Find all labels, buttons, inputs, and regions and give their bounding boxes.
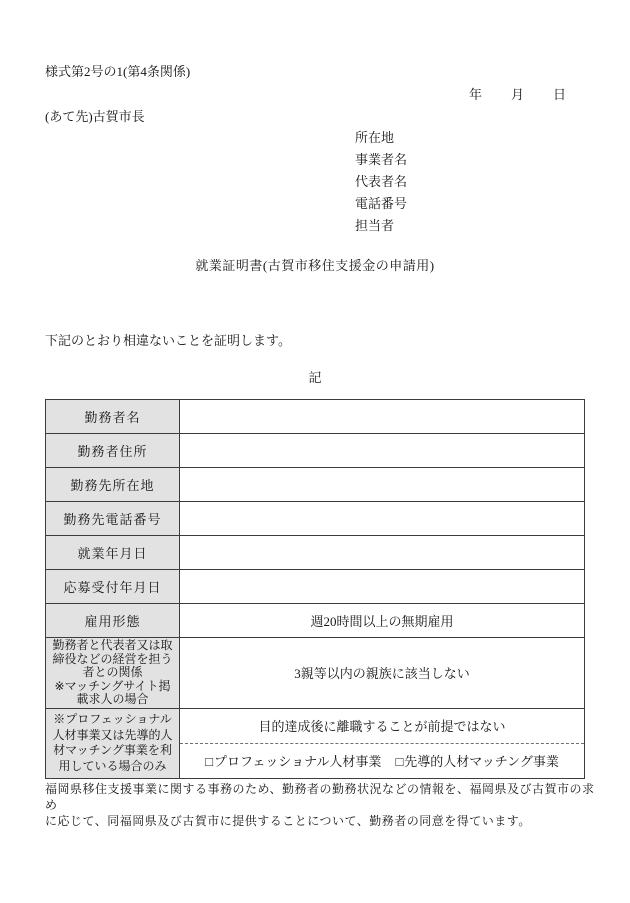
- table-row: 勤務者住所: [46, 434, 585, 468]
- row-label-employment-type: 雇用形態: [46, 604, 180, 638]
- row-label-application-date: 応募受付年月日: [46, 570, 180, 604]
- sender-field-business-name: 事業者名: [355, 149, 407, 171]
- sender-field-phone: 電話番号: [355, 193, 407, 215]
- table-row: 勤務者と代表者又は取 締役などの経営を担う 者との関係 ※マッチングサイト掲 載…: [46, 638, 585, 709]
- table-row: 勤務者名: [46, 400, 585, 434]
- row-value-worker-name: [180, 400, 585, 434]
- row-label-worker-name: 勤務者名: [46, 400, 180, 434]
- row-label-employment-date: 就業年月日: [46, 536, 180, 570]
- certify-statement: 下記のとおり相違ないことを証明します。: [45, 330, 291, 349]
- row-label-workplace-phone: 勤務先電話番号: [46, 502, 180, 536]
- row-value-relationship: 3親等以内の親族に該当しない: [180, 638, 585, 709]
- option-sendoteki-matching: □先導的人材マッチング事業: [395, 751, 558, 770]
- date-line: 年 月 日: [469, 84, 567, 103]
- ki-marker: 記: [0, 367, 630, 386]
- row-label-worker-address: 勤務者住所: [46, 434, 180, 468]
- page-title: 就業証明書(古賀市移住支援金の申請用): [0, 255, 630, 274]
- sender-field-location: 所在地: [355, 127, 407, 149]
- program-condition-text: 目的達成後に離職することが前提ではない: [180, 709, 584, 744]
- table-row: ※プロフェッショナル 人材事業又は先導的人 材マッチング事業を利 用している場合…: [46, 708, 585, 778]
- row-label-workplace-location: 勤務先所在地: [46, 468, 180, 502]
- checkbox-icon: □: [205, 754, 213, 769]
- row-label-relationship: 勤務者と代表者又は取 締役などの経営を担う 者との関係 ※マッチングサイト掲 載…: [46, 638, 180, 709]
- row-value-worker-address: [180, 434, 585, 468]
- option-label: 先導的人材マッチング事業: [404, 754, 559, 769]
- row-value-employment-type: 週20時間以上の無期雇用: [180, 604, 585, 638]
- sender-field-representative: 代表者名: [355, 171, 407, 193]
- table-row: 就業年月日: [46, 536, 585, 570]
- row-label-program-use: ※プロフェッショナル 人材事業又は先導的人 材マッチング事業を利 用している場合…: [46, 708, 180, 778]
- footer-consent-note: 福岡県移住支援事業に関する事務のため、勤務者の勤務状況などの情報を、福岡県及び古…: [45, 781, 605, 829]
- row-value-workplace-location: [180, 468, 585, 502]
- row-value-application-date: [180, 570, 585, 604]
- row-value-program-use: 目的達成後に離職することが前提ではない □プロフェッショナル人材事業 □先導的人…: [180, 708, 585, 778]
- option-professional-jinzai: □プロフェッショナル人材事業: [205, 751, 381, 770]
- table-row: 勤務先電話番号: [46, 502, 585, 536]
- checkbox-icon: □: [395, 754, 403, 769]
- row-value-workplace-phone: [180, 502, 585, 536]
- document-page: 様式第2号の1(第4条関係) 年 月 日 (あて先)古賀市長 所在地 事業者名 …: [0, 0, 630, 903]
- option-label: プロフェッショナル人材事業: [214, 754, 381, 769]
- employment-certificate-table: 勤務者名 勤務者住所 勤務先所在地 勤務先電話番号 就業年月日 応募受付年月日: [45, 399, 585, 779]
- table-row: 雇用形態 週20時間以上の無期雇用: [46, 604, 585, 638]
- addressee: (あて先)古賀市長: [45, 106, 145, 125]
- row-value-employment-date: [180, 536, 585, 570]
- table-row: 応募受付年月日: [46, 570, 585, 604]
- table-row: 勤務先所在地: [46, 468, 585, 502]
- form-number: 様式第2号の1(第4条関係): [45, 61, 190, 80]
- sender-block: 所在地 事業者名 代表者名 電話番号 担当者: [355, 127, 407, 237]
- program-options: □プロフェッショナル人材事業 □先導的人材マッチング事業: [180, 744, 584, 778]
- sender-field-contact-person: 担当者: [355, 215, 407, 237]
